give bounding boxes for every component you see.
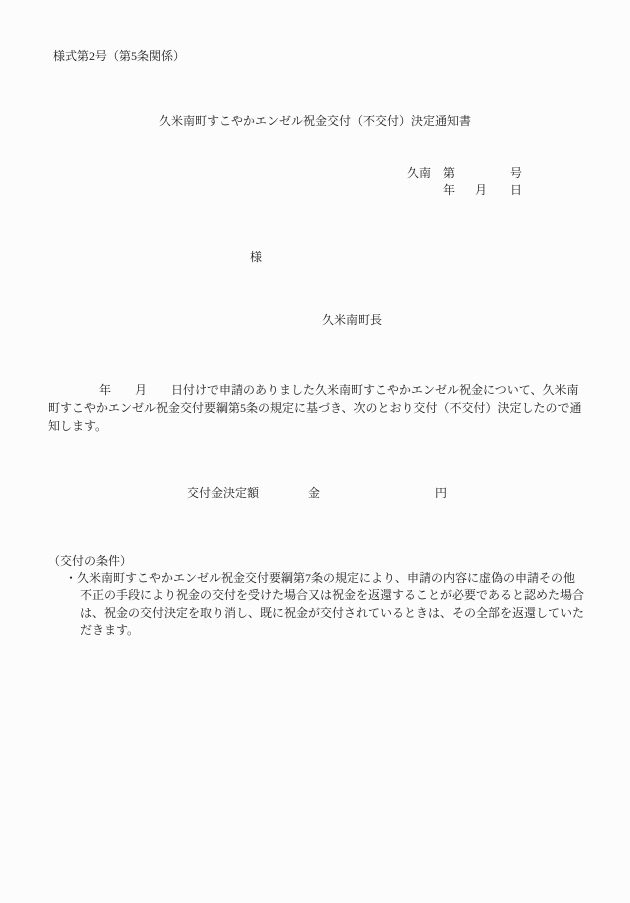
- conditions-heading: （交付の条件）: [48, 554, 132, 568]
- condition-line: 不正の手段により祝金の交付を受けた場合又は祝金を返還することが必要であると認めた…: [80, 588, 584, 602]
- condition-line: は、祝金の交付決定を取り消し、既に祝金が交付されているときは、その全部を返還して…: [80, 606, 584, 620]
- amount-currency-prefix: 金: [308, 486, 320, 500]
- document-page: 様式第2号（第5条関係） 久米南町すこやかエンゼル祝金交付（不交付）決定通知書 …: [0, 0, 630, 903]
- condition-line-text: 久米南町すこやかエンゼル祝金交付要綱第7条の規定により、申請の内容に虚偽の申請そ…: [77, 571, 575, 585]
- body-line: 年 月 日付けで申請のありました久米南町すこやかエンゼル祝金について、久米南: [48, 383, 579, 397]
- sender-title: 久米南町長: [322, 313, 382, 327]
- issue-date-day-label: 日: [510, 183, 522, 197]
- issue-date-month-label: 月: [475, 183, 487, 197]
- form-number: 様式第2号（第5条関係）: [53, 49, 185, 63]
- body-line: 町すこやかエンゼル祝金交付要綱第5条の規定に基づき、次のとおり交付（不交付）決定…: [48, 401, 582, 415]
- issue-date-year-label: 年: [443, 183, 455, 197]
- doc-number-office: 久南: [407, 166, 431, 180]
- amount-label: 交付金決定額: [187, 486, 259, 500]
- document-title: 久米南町すこやかエンゼル祝金交付（不交付）決定通知書: [0, 114, 630, 128]
- doc-number-suffix: 号: [510, 166, 522, 180]
- condition-line: ・久米南町すこやかエンゼル祝金交付要綱第7条の規定により、申請の内容に虚偽の申請…: [65, 571, 575, 585]
- bullet-marker: ・: [65, 571, 77, 585]
- condition-line: だきます。: [80, 623, 139, 637]
- body-line: 知します。: [48, 419, 107, 433]
- doc-number-prefix: 第: [443, 166, 455, 180]
- addressee-honorific: 様: [250, 250, 262, 264]
- amount-currency-suffix: 円: [435, 486, 447, 500]
